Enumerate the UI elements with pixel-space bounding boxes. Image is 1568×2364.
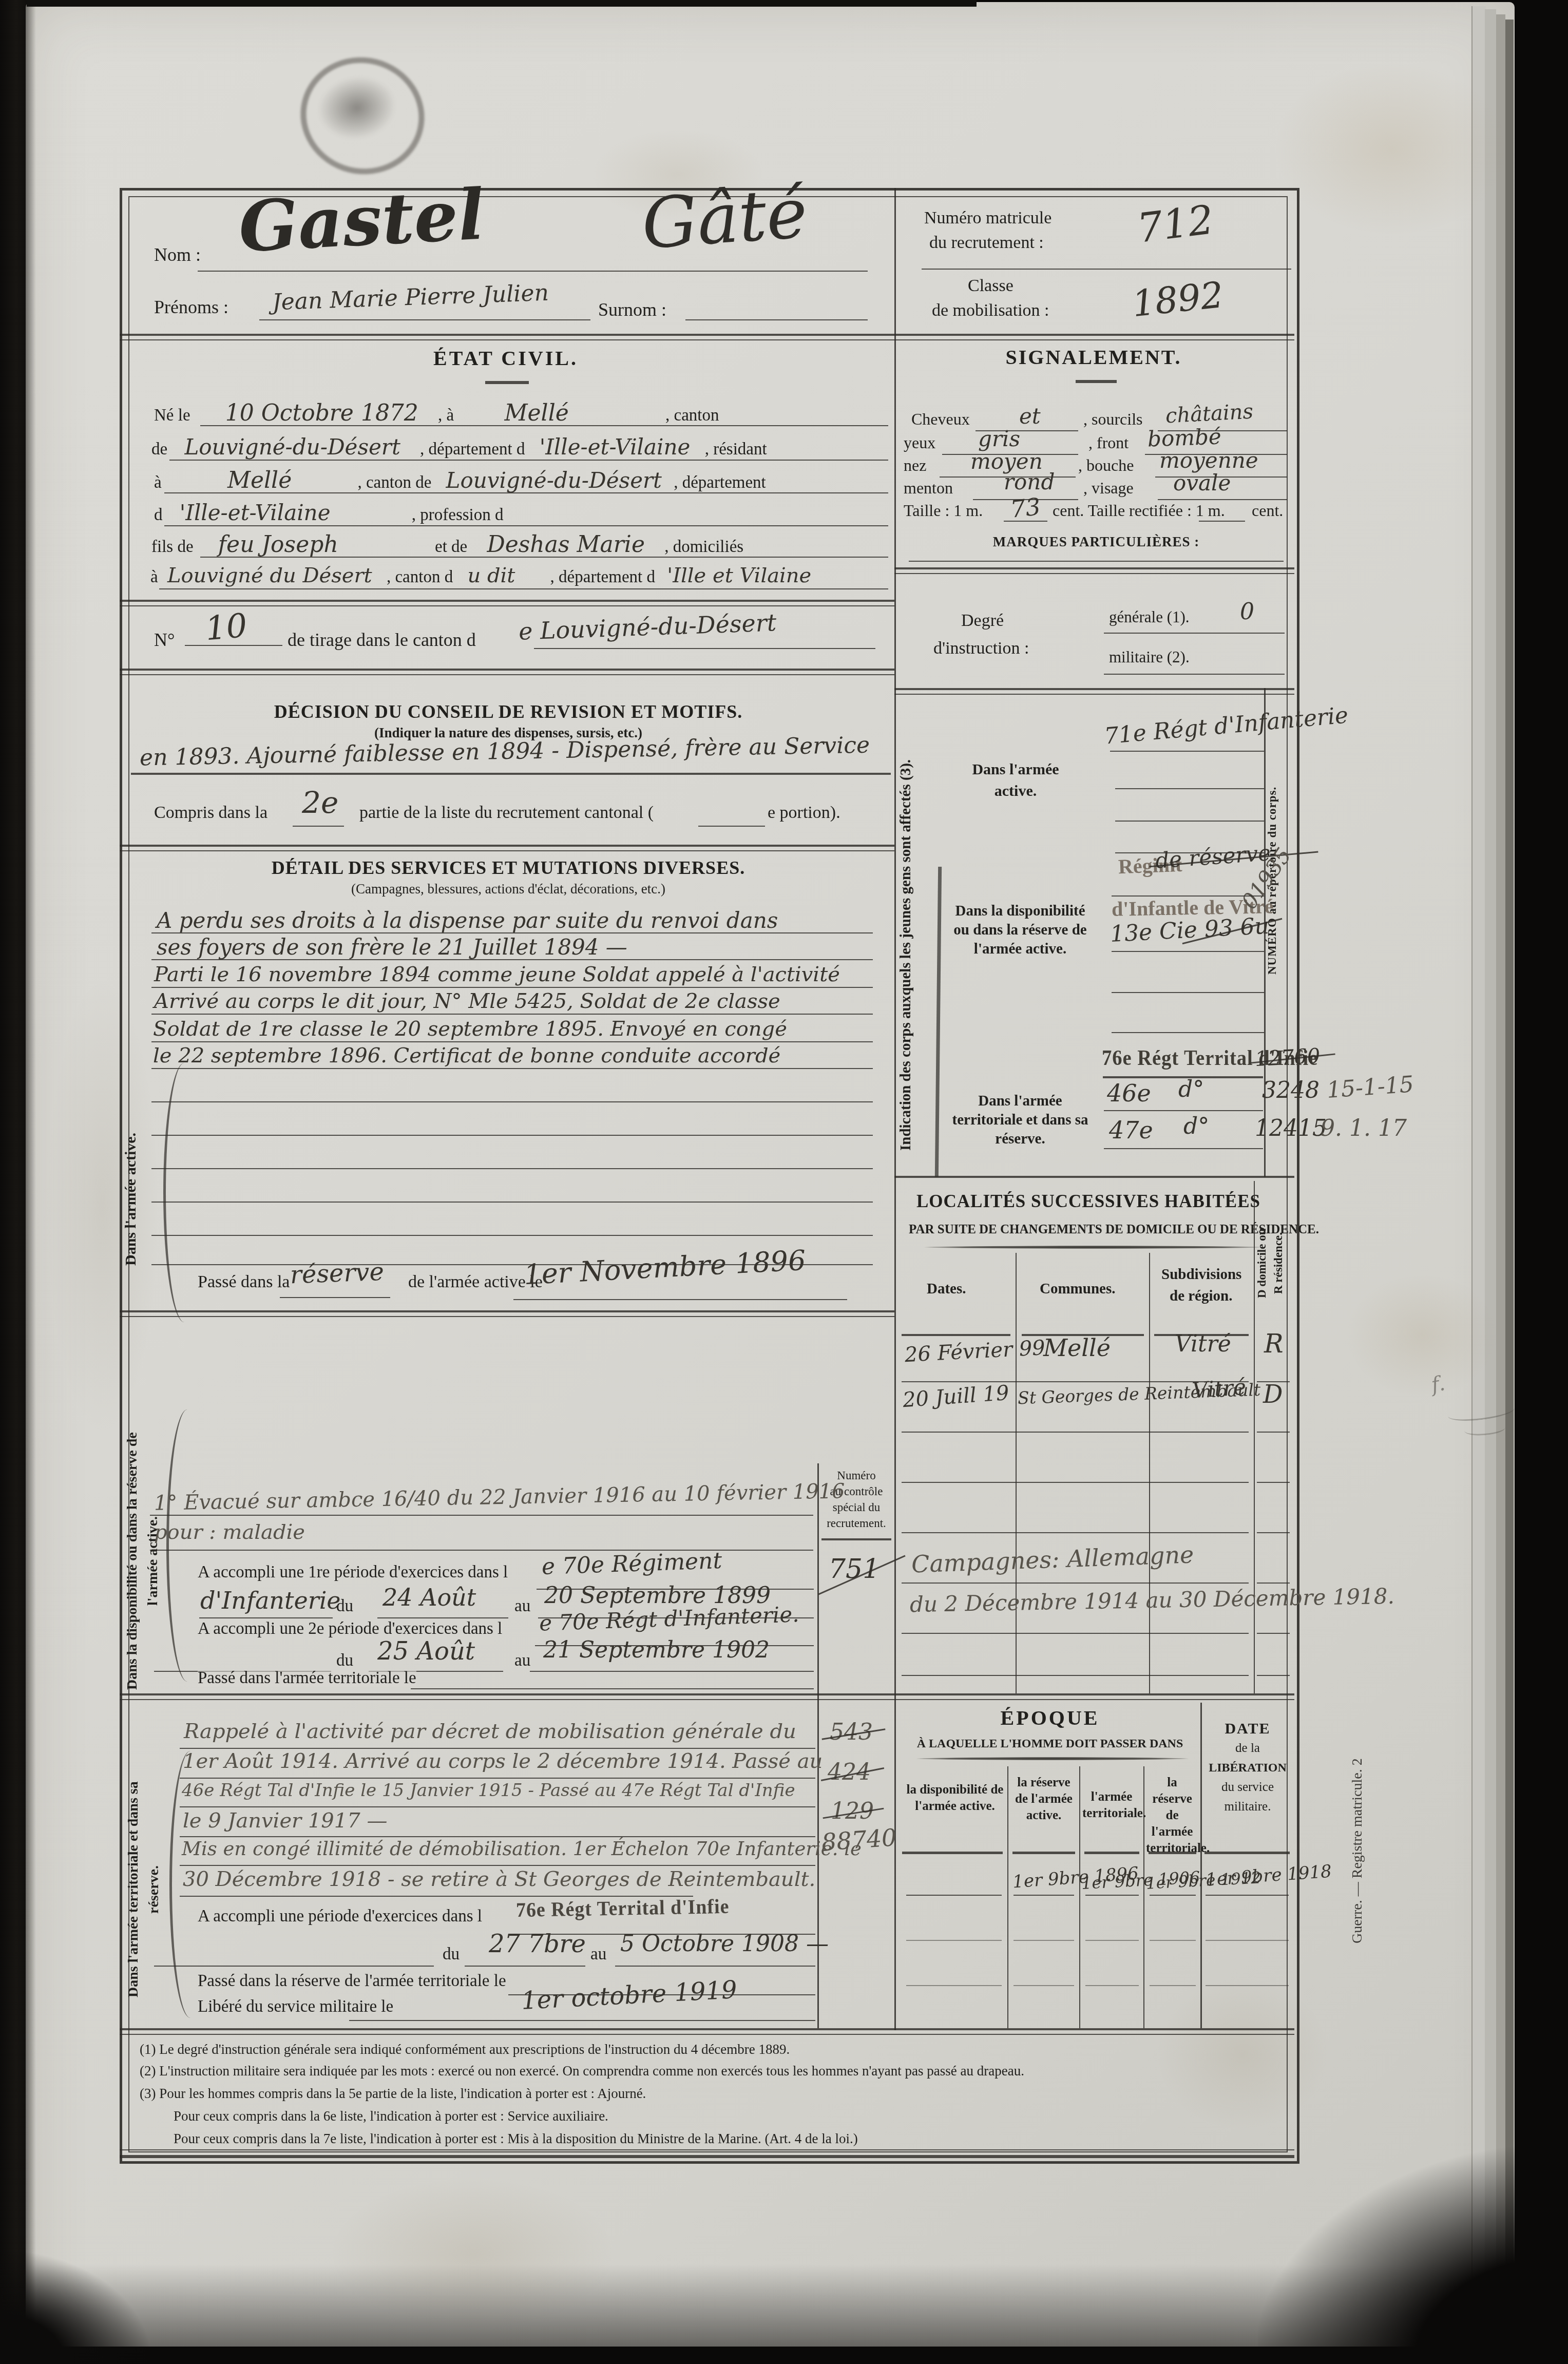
ec-l2-value1: Louvigné-du-Désert (184, 434, 400, 460)
rule-line (151, 932, 873, 933)
taille-rect-label: cent. Taille rectifiée : 1 m. (1053, 502, 1225, 519)
terr-periode-du: du (443, 1946, 460, 1963)
corps-dispo-label: Dans la disponibilité ou dans la réserve… (946, 902, 1095, 959)
periode1-du: du (336, 1598, 353, 1615)
periode2-label: A accompli une 2e période d'exercices da… (198, 1621, 502, 1637)
corps-active-label: Dans l'armée active. (959, 759, 1072, 802)
margin-date-2: 9. 1. 17 (1321, 1117, 1407, 1140)
yeux-label: yeux (904, 434, 935, 451)
corps-terr-label: Dans l'armée territoriale et dans sa rés… (946, 1092, 1095, 1149)
scanned-register-photo: Nom : Gastel Gâté Prénoms : Jean Marie P… (0, 0, 1568, 2364)
rule-line (180, 1806, 815, 1807)
tirage-no-label: N° (154, 631, 175, 649)
matricule-label-line1: Numéro matricule (924, 209, 1051, 227)
yeux-value: gris (978, 428, 1020, 450)
surnom-label: Surnom : (598, 300, 666, 319)
rule-line (151, 1135, 873, 1136)
visage-label: , visage (1083, 480, 1134, 496)
page-stack-edge-4 (1505, 20, 1514, 2342)
ec-l5-value1: feu Joseph (218, 531, 338, 558)
rule-line (159, 588, 888, 589)
section-rule (120, 1693, 1294, 1695)
page-side-caption: Guerre. — Registre matricule. 2 (1350, 1753, 1365, 1949)
terr-periode-au: au (590, 1946, 606, 1963)
title-dash (485, 381, 529, 384)
services-side-label: Dans l'armée active. (123, 1089, 139, 1309)
table-header-rule (902, 1852, 1003, 1854)
ec-l1-value2: Mellé (505, 400, 569, 426)
degre-label-line1: Degré (961, 612, 1004, 630)
services-subtitle: (Campagnes, blessures, actions d'éclat, … (154, 882, 863, 896)
margin-date-1: 15-1-15 (1326, 1073, 1414, 1102)
periode1-date-1: 24 Août (383, 1586, 476, 1609)
terr-line-3: 46e Régt Tal d'Infie le 15 Janvier 1915 … (182, 1782, 795, 1799)
col-subdiv-label-1: Subdivisions (1161, 1267, 1241, 1282)
rule-line (180, 1836, 815, 1837)
col-subdiv-label-2: de région. (1170, 1289, 1232, 1304)
rule-line (151, 1041, 873, 1042)
epoque-col3-header: l'armée territoriale. (1082, 1789, 1141, 1822)
section-rule (120, 605, 894, 606)
rule-line (349, 2020, 815, 2021)
table-line (1149, 1253, 1150, 1693)
loc-row2-subdiv: Vitré (1192, 1376, 1247, 1401)
rule-line (1115, 821, 1264, 822)
services-line-2: ses foyers de son frère le 21 Juillet 18… (157, 937, 627, 958)
table-line (906, 1940, 1002, 1941)
rule-line (150, 1515, 813, 1516)
front-value: bombé (1147, 426, 1221, 450)
date-header-line1: DATE (1207, 1719, 1289, 1739)
table-header-rule (1204, 1852, 1290, 1854)
rule-line (151, 1101, 873, 1102)
rule-line (180, 1748, 815, 1749)
section-rule (120, 850, 894, 851)
ec-l2-label2: , département d (420, 440, 525, 459)
table-line (902, 1675, 1249, 1676)
marques-label: MARQUES PARTICULIÈRES : (919, 535, 1273, 549)
section-rule (894, 1176, 1294, 1178)
services-title: DÉTAIL DES SERVICES ET MUTATIONS DIVERSE… (154, 859, 863, 877)
ec-l5-value2: Deshas Marie (487, 531, 644, 558)
form-bottom-rule (120, 2149, 1294, 2150)
compris-value: 2e (302, 788, 338, 817)
ec-l1-label2: , à (438, 406, 454, 425)
services-line-1: A perdu ses droits à la dispense par sui… (157, 910, 778, 931)
row-46-value: 46e (1107, 1081, 1151, 1105)
services-line-3: Parti le 16 novembre 1894 comme jeune So… (154, 964, 840, 985)
degre-label-line2: d'instruction : (933, 640, 1029, 657)
services-line-4: Arrivé au corps le dit jour, N° Mle 5425… (154, 991, 780, 1012)
table-line (1150, 1895, 1196, 1896)
ec-l3-label3: , département (674, 473, 766, 492)
divider-squiggle (916, 1757, 1189, 1760)
footnote-3: (3) Pour les hommes compris dans la 5e p… (140, 2087, 646, 2101)
rule-line (513, 1299, 847, 1300)
footnote-1: (1) Le degré d'instruction générale sera… (140, 2043, 790, 2056)
taille-value: 73 (1009, 494, 1042, 521)
footnote-2: (2) L'instruction militaire sera indiqué… (140, 2064, 1024, 2078)
rule-line (1199, 521, 1245, 522)
ec-l6-value1: Louvigné du Désert (167, 564, 372, 587)
section-rule (120, 339, 1294, 340)
front-label: , front (1088, 434, 1129, 451)
rule-line (411, 1688, 814, 1689)
visage-value: ovale (1173, 472, 1231, 494)
epoque-subtitle: À LAQUELLE L'HOMME DOIT PASSER DANS (901, 1738, 1199, 1750)
table-header-rule (1149, 1852, 1196, 1854)
row-47-do: d° (1183, 1115, 1209, 1138)
table-line (1079, 1766, 1080, 2028)
ec-l3-label2: , canton de (357, 473, 431, 492)
nom-alt-value: Gâté (640, 178, 810, 259)
table-line (906, 1895, 1002, 1896)
passe-reserve-value-1: réserve (290, 1260, 384, 1287)
ec-l3-value2: Louvigné-du-Désert (446, 468, 662, 493)
rule-line (922, 269, 1291, 270)
rule-line (1104, 1110, 1263, 1111)
rule-line (200, 557, 888, 558)
ec-l6-value2: u dit (467, 564, 515, 587)
repertoire-num-47: 12415 (1255, 1117, 1327, 1140)
decision-title: DÉCISION DU CONSEIL DE REVISION ET MOTIF… (180, 702, 837, 721)
nom-value: Gastel (237, 180, 486, 262)
rule-line (198, 271, 868, 272)
rule-line (280, 1297, 390, 1298)
rule-line (151, 987, 873, 988)
rule-line (465, 1966, 585, 1967)
loc-row1-commune: Mellé (1043, 1336, 1111, 1360)
periode1-au: au (514, 1598, 530, 1615)
ec-l6-value3: 'Ille et Vilaine (667, 564, 811, 587)
table-line (902, 1633, 1249, 1634)
section-rule (120, 1310, 894, 1312)
rule-line (200, 425, 888, 426)
compris-label-1: Compris dans la (154, 804, 267, 822)
tirage-text: de tirage dans le canton d (288, 631, 476, 649)
terr-line-1: Rappelé à l'activité par décret de mobil… (184, 1721, 796, 1742)
section-rule (894, 694, 1294, 695)
controle-label-line4: recrutement. (820, 1515, 892, 1531)
rule-line (1104, 674, 1285, 675)
terr-periode-label: A accompli une période d'exercices dans … (198, 1908, 482, 1925)
section-rule (894, 688, 1294, 690)
ec-l4-label1: d (154, 506, 163, 524)
ec-l1-label1: Né le (154, 406, 190, 425)
ec-l6-label2: , canton d (387, 568, 453, 586)
rule-line (151, 1235, 873, 1236)
section-rule (120, 674, 894, 675)
tirage-no-value: 10 (204, 609, 248, 646)
bottom-left-corner-shadow (0, 2249, 154, 2364)
periode1-value-2: d'Infanterie (200, 1589, 341, 1612)
terr-line-5: Mis en congé illimité de démobilisation.… (182, 1839, 862, 1858)
table-line (906, 1985, 1002, 1986)
compris-label-2: partie de la liste du recrutement canton… (359, 804, 654, 822)
table-line (1085, 1985, 1139, 1986)
rule-line (151, 1202, 873, 1203)
periode2-date-1: 25 Août (377, 1639, 475, 1664)
sourcils-label: , sourcils (1083, 411, 1143, 427)
rule-line (1112, 992, 1264, 993)
table-line (1206, 1985, 1289, 1986)
footnote-5: Pour ceux compris dans la 7e liste, l'in… (174, 2132, 858, 2146)
nez-label: nez (904, 457, 926, 473)
rule-line (199, 1617, 333, 1618)
rule-line (1110, 751, 1264, 752)
ec-l6-label1: à (150, 568, 158, 586)
date-header-line3: LIBÉRATION (1207, 1758, 1289, 1778)
passe-reserve-terr-label: Passé dans la réserve de l'armée territo… (198, 1973, 506, 1990)
section-rule (120, 334, 1294, 336)
menton-label: menton (904, 480, 953, 496)
nom-label: Nom : (154, 245, 201, 264)
matricule-value: 712 (1135, 200, 1216, 249)
classe-value: 1892 (1131, 277, 1225, 322)
date-header-line5: militaire. (1207, 1797, 1289, 1817)
section-rule (120, 669, 894, 671)
section-rule (120, 600, 894, 602)
section-rule (894, 567, 1294, 569)
col-domicile-label: D domicile ou (1256, 1196, 1268, 1330)
col-communes-label: Communes. (1040, 1282, 1115, 1297)
rule-line (821, 1538, 891, 1540)
localites-subtitle: PAR SUITE DE CHANGEMENTS DE DOMICILE OU … (909, 1223, 1268, 1236)
col-residence-label: R résidence. (1272, 1196, 1284, 1330)
services-line-5: Soldat de 1re classe le 20 septembre 189… (153, 1019, 787, 1039)
table-line (1014, 1985, 1074, 1986)
epoque-col2-header: la réserve de l'armée active. (1011, 1775, 1076, 1824)
rule-line (1158, 499, 1287, 500)
rule-line (169, 460, 888, 461)
table-line (1257, 1633, 1290, 1634)
table-line (1014, 1940, 1074, 1941)
rule-line (151, 1014, 873, 1015)
rule-line (1112, 895, 1264, 897)
terr-line-6: 30 Décembre 1918 - se retire à St George… (183, 1869, 815, 1890)
services-line-6: le 22 septembre 1896. Certificat de bonn… (153, 1045, 780, 1066)
col-dates-label: Dates. (927, 1282, 966, 1297)
terr-margin-num-4: 88740 (821, 1825, 897, 1854)
table-line (1206, 1940, 1289, 1941)
rule-line (180, 1865, 815, 1866)
bouche-label: , bouche (1078, 457, 1134, 473)
ec-l2-label3: , résidant (705, 440, 767, 459)
rule-line (685, 319, 868, 320)
ec-l1-label3: , canton (665, 406, 719, 425)
localites-title: LOCALITÉS SUCCESSIVES HABITÉES (909, 1192, 1268, 1210)
ec-l4-label2: , profession d (412, 506, 504, 524)
rule-line (151, 959, 873, 960)
ec-l4-value1: 'Ille-et-Vilaine (180, 500, 331, 525)
rule-line (534, 648, 875, 649)
terr-line-2: 1er Août 1914. Arrivé au corps le 2 déce… (183, 1751, 823, 1771)
matricule-label-line2: du recrutement : (929, 234, 1044, 252)
page-stack-edge-1 (1471, 6, 1486, 2341)
dispo-side-label: Dans la disponibilité ou dans la réserve… (122, 1417, 166, 1705)
rule-line (185, 645, 282, 646)
terr-line-4: le 9 Janvier 1917 — (183, 1810, 387, 1831)
ec-l6-label3: , département d (550, 568, 655, 586)
libere-label: Libéré du service militaire le (198, 1998, 393, 2015)
table-line (1254, 1181, 1255, 1693)
divider-squiggle (924, 1246, 1263, 1249)
top-page-edge (27, 0, 977, 7)
section-rule (894, 573, 1294, 574)
rule-line (151, 1168, 873, 1169)
table-line (902, 1532, 1249, 1533)
table-line (902, 1432, 1249, 1433)
main-column-divider (894, 188, 896, 2030)
section-rule (120, 1316, 894, 1317)
rule-line (530, 1671, 814, 1672)
section-rule (120, 2034, 1294, 2035)
row-46-do: d° (1178, 1078, 1204, 1101)
cheveux-label: Cheveux (911, 411, 970, 427)
rule-line (909, 561, 1284, 562)
rule-line (1112, 1032, 1264, 1033)
cheveux-value: et (1019, 406, 1041, 427)
loc-row1-subdiv: Vitré (1175, 1333, 1231, 1356)
table-line (902, 1482, 1249, 1483)
rule-line (154, 1966, 434, 1967)
rule-line (1112, 951, 1264, 952)
epoque-col4-header: la réserve de l'armée territoriale. (1146, 1775, 1198, 1857)
epoque-title: ÉPOQUE (901, 1708, 1199, 1728)
periode2-du: du (336, 1652, 353, 1669)
table-line (1143, 1766, 1144, 2028)
table-line (1150, 1940, 1196, 1941)
section-rule (120, 1699, 1294, 1700)
table-line (1257, 1482, 1290, 1483)
repertoire-num-struck: 12760 (1254, 1046, 1321, 1070)
loc-row2-dr: D (1263, 1382, 1283, 1407)
bouche-value: moyenne (1159, 450, 1258, 471)
title-dash (1076, 380, 1117, 383)
epoque-date-header: DATE de la LIBÉRATION du service militai… (1207, 1719, 1289, 1817)
terr-periode-stamp: 76e Régt Territal d'Infie (516, 1896, 730, 1920)
table-line (1257, 1532, 1290, 1533)
table-line (1007, 1766, 1008, 2028)
ec-l2-value2: 'Ille-et-Vilaine (540, 434, 691, 460)
table-line (1150, 1985, 1196, 1986)
rule-line (615, 1966, 815, 1967)
form-bottom-rule (120, 2155, 1294, 2158)
classe-label-line2: de mobilisation : (932, 302, 1049, 319)
territoriale-side-label: Dans l'armée territoriale et dans sa rés… (123, 1766, 166, 2013)
epoque-col1-header: la disponibilité de l'armée active. (905, 1782, 1005, 1815)
table-header-rule (1084, 1852, 1139, 1854)
table-line (1085, 1940, 1139, 1941)
row-47-value: 47e (1109, 1118, 1153, 1142)
rule-line (131, 773, 891, 775)
rule-line (698, 826, 765, 827)
date-header-line2: de la (1207, 1739, 1289, 1758)
table-line (1200, 1703, 1202, 2028)
table-line (1085, 1895, 1139, 1896)
periode1-label: A accompli une 1re période d'exercices d… (198, 1564, 508, 1581)
terr-periode-date-1: 27 7bre (489, 1932, 586, 1956)
ec-l5-label1: fils de (151, 538, 194, 556)
rule-line (164, 525, 888, 526)
table-line (902, 1583, 1249, 1584)
repertoire-num-46: 3248 (1262, 1079, 1320, 1102)
postmark-ink-blob (314, 71, 400, 145)
menton-value: rond (1004, 471, 1055, 493)
evacuation-line-2: pour : maladie (154, 1522, 305, 1542)
rule-line (1004, 521, 1047, 522)
table-line (1257, 1432, 1290, 1433)
table-line (1014, 1895, 1074, 1896)
footnote-4: Pour ceux compris dans la 6e liste, l'in… (174, 2109, 608, 2123)
periode2-au: au (514, 1652, 530, 1669)
book-spine-shadow (0, 0, 36, 2364)
ec-l2-label1: de (151, 440, 167, 459)
ec-l5-label2: et de (435, 538, 467, 556)
passe-reserve-label-2: de l'armée active le (408, 1273, 543, 1291)
section-rule (120, 2028, 1294, 2030)
table-header-rule (902, 1334, 1010, 1336)
bottom-right-corner-shadow (1258, 2146, 1568, 2364)
degre-generale-value: 0 (1240, 601, 1254, 623)
rule-line (164, 492, 888, 493)
page-stack-edge-3 (1496, 14, 1505, 2341)
section-rule (120, 845, 894, 847)
passe-territoriale-label: Passé dans l'armée territoriale le (198, 1670, 416, 1687)
date-header-line4: du service (1207, 1778, 1289, 1797)
rule-line (1104, 633, 1285, 634)
loc-row1-dr: R (1264, 1331, 1284, 1357)
passe-reserve-label-1: Passé dans la (198, 1273, 290, 1291)
classe-label-line1: Classe (968, 277, 1014, 295)
prenoms-label: Prénoms : (154, 298, 228, 316)
page-stack-edge-2 (1485, 9, 1496, 2341)
terr-periode-date-2: 5 Octobre 1908 — (620, 1933, 829, 1955)
taille-rect-unit: cent. (1252, 502, 1283, 519)
table-line (1257, 1675, 1290, 1676)
rule-line (377, 1617, 508, 1618)
rule-line (1104, 1148, 1263, 1149)
compris-label-3: e portion). (768, 804, 840, 822)
table-line (1016, 1253, 1017, 1693)
rule-line (151, 1068, 873, 1069)
ec-l1-value1: 10 Octobre 1872 (225, 400, 418, 426)
ec-l5-label3: , domiciliés (664, 538, 743, 556)
corps-side-label: Indication des corps auxquels les jeunes… (898, 729, 921, 1181)
table-line (1257, 1583, 1290, 1584)
table-line (1206, 1895, 1289, 1896)
signalement-title: SIGNALEMENT. (950, 347, 1237, 368)
rule-line (259, 319, 590, 320)
etat-civil-title: ÉTAT CIVIL. (359, 348, 652, 369)
periode1-value: e 70e Régiment (541, 1550, 722, 1578)
ec-l3-label1: à (154, 473, 162, 492)
rule-line (180, 1778, 815, 1779)
degre-militaire-label: militaire (2). (1109, 649, 1190, 665)
taille-label: Taille : 1 m. (904, 502, 983, 519)
sourcils-value: châtains (1165, 402, 1254, 427)
periode2-date-2: 21 Septembre 1902 (543, 1639, 770, 1662)
table-header-rule (1012, 1852, 1075, 1854)
degre-generale-label: générale (1). (1109, 609, 1190, 625)
ec-l3-value1: Mellé (227, 467, 292, 493)
rule-line (1115, 788, 1264, 789)
rule-line (293, 826, 344, 827)
